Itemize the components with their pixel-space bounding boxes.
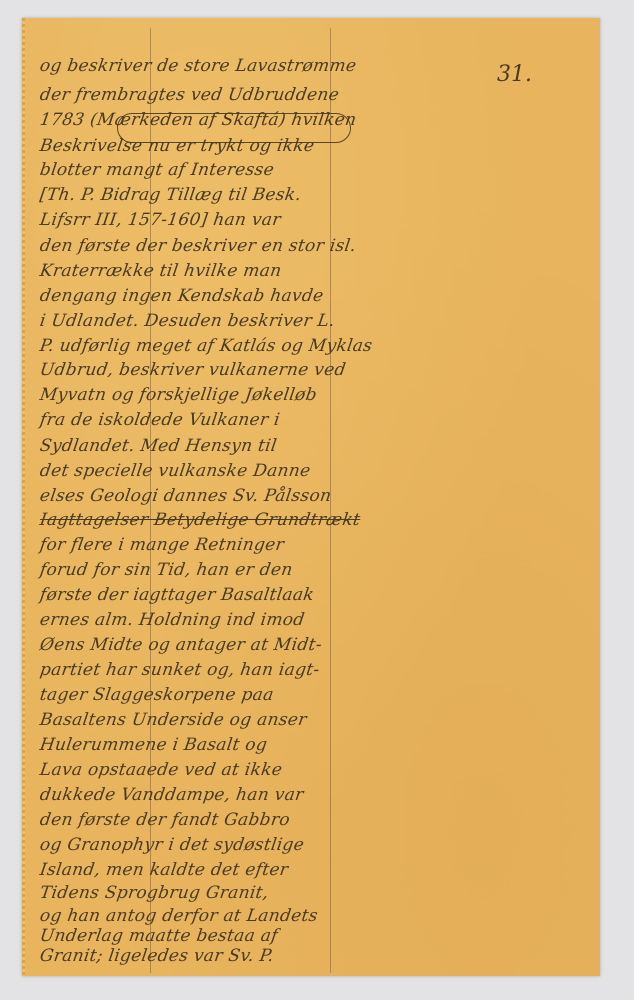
text-line: 1783 (Mærkeden af Skaftá) hvilken xyxy=(39,110,358,130)
text-line: Underlag maatte bestaa af xyxy=(39,926,280,946)
text-line: tager Slaggeskorpene paa xyxy=(39,685,275,705)
text-line: [Th. P. Bidrag Tillæg til Besk. xyxy=(39,185,303,205)
text-line: Tidens Sprogbrug Granit, xyxy=(39,883,270,903)
text-line: fra de iskoldede Vulkaner i xyxy=(39,410,282,430)
text-line: Granit; ligeledes var Sv. P. xyxy=(39,946,275,966)
text-line: der frembragtes ved Udbruddene xyxy=(39,85,341,105)
text-line: i Udlandet. Desuden beskriver L. xyxy=(39,311,337,331)
text-line: og beskriver de store Lavastrømme xyxy=(39,56,358,76)
text-line: P. udførlig meget af Katlás og Myklas xyxy=(39,336,374,356)
text-line: partiet har sunket og, han iagt- xyxy=(39,660,321,680)
text-line: Øens Midte og antager at Midt- xyxy=(39,635,324,655)
text-line: Hulerummene i Basalt og xyxy=(39,735,269,755)
text-line: forud for sin Tid, han er den xyxy=(39,560,294,580)
struck-text-line: Iagttagelser Betydelige Grundtrækt xyxy=(39,510,362,530)
text-line: Myvatn og forskjellige Jøkelløb xyxy=(39,385,319,405)
text-line: Island, men kaldte det efter xyxy=(39,860,290,880)
text-line: Beskrivelse nu er trykt og ikke xyxy=(39,136,316,156)
text-line: Basaltens Underside og anser xyxy=(39,710,308,730)
text-line: den første der beskriver en stor isl. xyxy=(39,236,358,256)
text-line: det specielle vulkanske Danne xyxy=(39,461,312,481)
text-line: den første der fandt Gabbro xyxy=(39,810,292,830)
page-number: 31. xyxy=(497,62,532,87)
text-line: Lava opstaaede ved at ikke xyxy=(39,760,284,780)
text-line: dengang ingen Kendskab havde xyxy=(39,286,325,306)
text-line: for flere i mange Retninger xyxy=(39,535,286,555)
text-line: elses Geologi dannes Sv. Pålsson xyxy=(39,486,333,506)
text-line: ernes alm. Holdning ind imod xyxy=(39,610,306,630)
text-line: Lifsrr III, 157-160] han var xyxy=(39,210,283,230)
text-line: Udbrud, beskriver vulkanerne ved xyxy=(39,360,348,380)
text-line: dukkede Vanddampe, han var xyxy=(39,785,305,805)
manuscript-page: 31. og beskriver de store Lavastrømme de… xyxy=(22,18,600,976)
text-line: blotter mangt af Interesse xyxy=(39,160,276,180)
text-line: Kraterrække til hvilke man xyxy=(39,261,283,281)
text-line: og Granophyr i det sydøstlige xyxy=(39,835,306,855)
text-line: første der iagttager Basaltlaak xyxy=(39,585,316,605)
text-line: og han antog derfor at Landets xyxy=(39,906,320,926)
text-line: Sydlandet. Med Hensyn til xyxy=(39,436,279,456)
